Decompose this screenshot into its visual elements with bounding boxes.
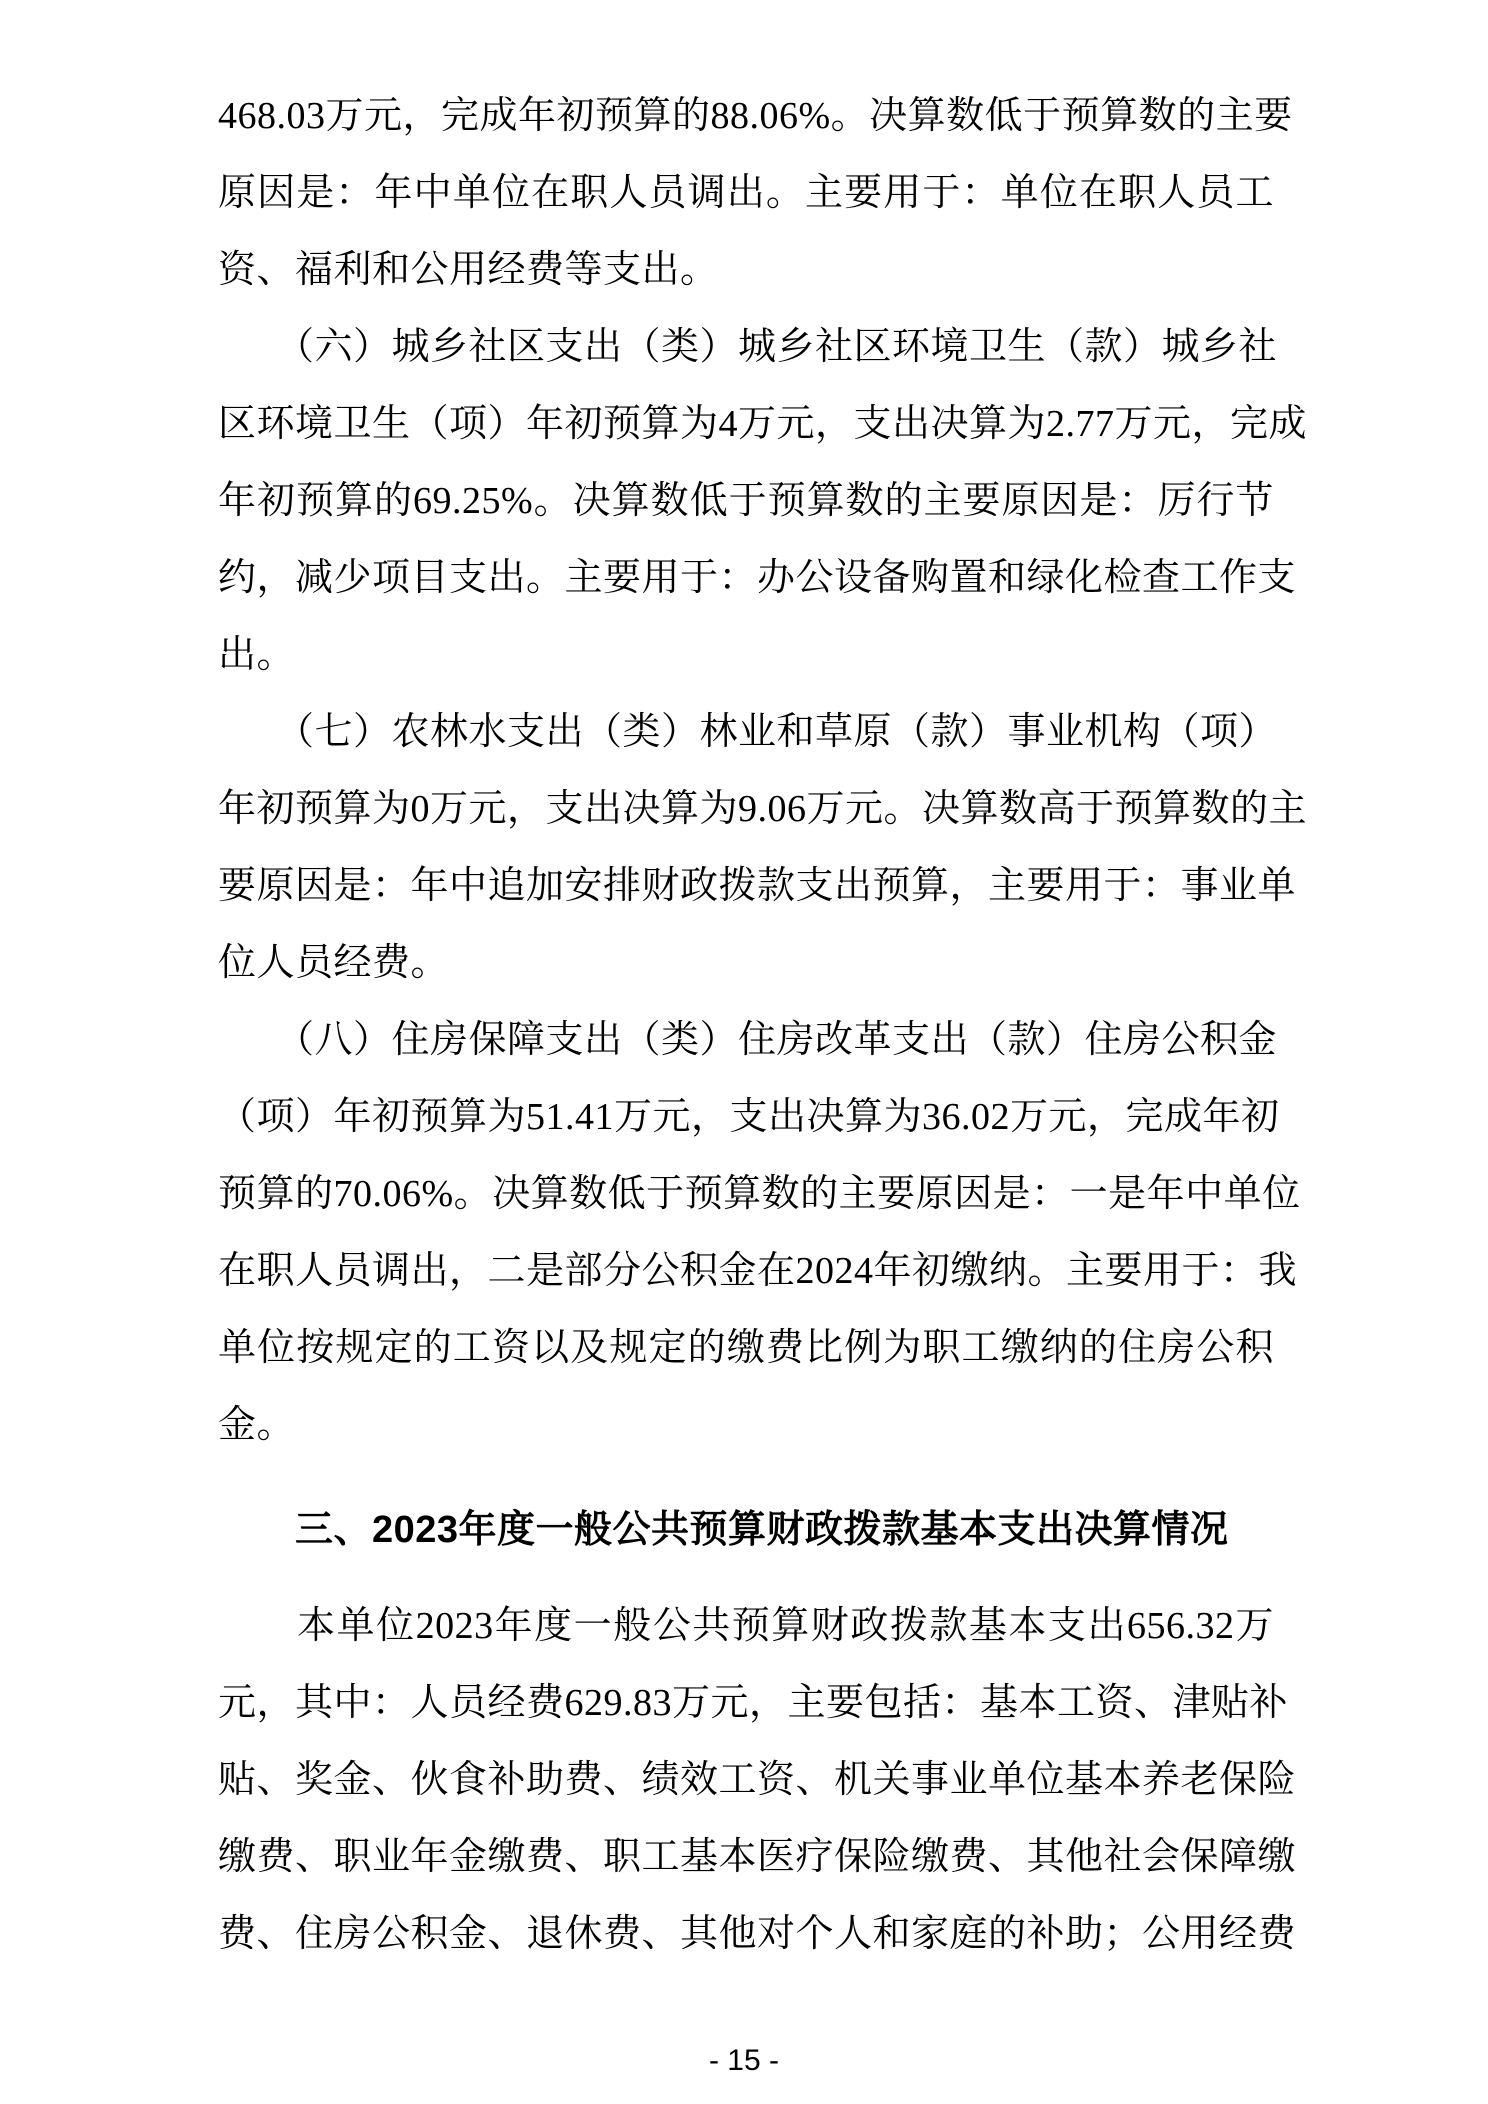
text-line: 元，其中：人员经费629.83万元，主要包括：基本工资、津贴补 (218, 1665, 1274, 1742)
text-line: （项）年初预算为51.41万元，支出决算为36.02万元，完成年初 (218, 1079, 1274, 1156)
text-line: 区环境卫生（项）年初预算为4万元，支出决算为2.77万元，完成 (218, 386, 1274, 463)
paragraph: （七）农林水支出（类）林业和草原（款）事业机构（项）年初预算为0万元，支出决算为… (218, 694, 1274, 1002)
document-page: 468.03万元，完成年初预算的88.06%。决算数低于预算数的主要原因是：年中… (0, 0, 1488, 2104)
paragraph: 468.03万元，完成年初预算的88.06%。决算数低于预算数的主要原因是：年中… (218, 78, 1274, 309)
text-line: 预算的70.06%。决算数低于预算数的主要原因是：一是年中单位 (218, 1156, 1274, 1233)
page-number: - 15 - (0, 2043, 1488, 2079)
text-line: 缴费、职业年金缴费、职工基本医疗保险缴费、其他社会保障缴 (218, 1819, 1274, 1896)
text-line: 本单位2023年度一般公共预算财政拨款基本支出656.32万 (218, 1588, 1274, 1665)
text-line: 年初预算的69.25%。决算数低于预算数的主要原因是：厉行节 (218, 463, 1274, 540)
text-line: 在职人员调出，二是部分公积金在2024年初缴纳。主要用于：我 (218, 1233, 1274, 1310)
text-line: （七）农林水支出（类）林业和草原（款）事业机构（项） (218, 694, 1274, 771)
text-line: （六）城乡社区支出（类）城乡社区环境卫生（款）城乡社 (218, 309, 1274, 386)
page-body: 468.03万元，完成年初预算的88.06%。决算数低于预算数的主要原因是：年中… (218, 78, 1274, 1973)
paragraph: （八）住房保障支出（类）住房改革支出（款）住房公积金（项）年初预算为51.41万… (218, 1002, 1274, 1464)
text-line: 资、福利和公用经费等支出。 (218, 232, 1274, 309)
text-line: 位人员经费。 (218, 925, 1274, 1002)
text-line: 468.03万元，完成年初预算的88.06%。决算数低于预算数的主要 (218, 78, 1274, 155)
text-line: （八）住房保障支出（类）住房改革支出（款）住房公积金 (218, 1002, 1274, 1079)
text-line: 出。 (218, 617, 1274, 694)
text-line: 原因是：年中单位在职人员调出。主要用于：单位在职人员工 (218, 155, 1274, 232)
section-heading: 三、2023年度一般公共预算财政拨款基本支出决算情况 (218, 1492, 1274, 1569)
text-line: 金。 (218, 1387, 1274, 1464)
text-line: 要原因是：年中追加安排财政拨款支出预算，主要用于：事业单 (218, 848, 1274, 925)
text-line: 三、2023年度一般公共预算财政拨款基本支出决算情况 (218, 1492, 1274, 1569)
paragraph: 本单位2023年度一般公共预算财政拨款基本支出656.32万元，其中：人员经费6… (218, 1588, 1274, 1973)
text-line: 约，减少项目支出。主要用于：办公设备购置和绿化检查工作支 (218, 540, 1274, 617)
text-line: 年初预算为0万元，支出决算为9.06万元。决算数高于预算数的主 (218, 771, 1274, 848)
text-line: 单位按规定的工资以及规定的缴费比例为职工缴纳的住房公积 (218, 1310, 1274, 1387)
text-line: 贴、奖金、伙食补助费、绩效工资、机关事业单位基本养老保险 (218, 1742, 1274, 1819)
paragraph: （六）城乡社区支出（类）城乡社区环境卫生（款）城乡社区环境卫生（项）年初预算为4… (218, 309, 1274, 694)
text-line: 费、住房公积金、退休费、其他对个人和家庭的补助；公用经费 (218, 1896, 1274, 1973)
